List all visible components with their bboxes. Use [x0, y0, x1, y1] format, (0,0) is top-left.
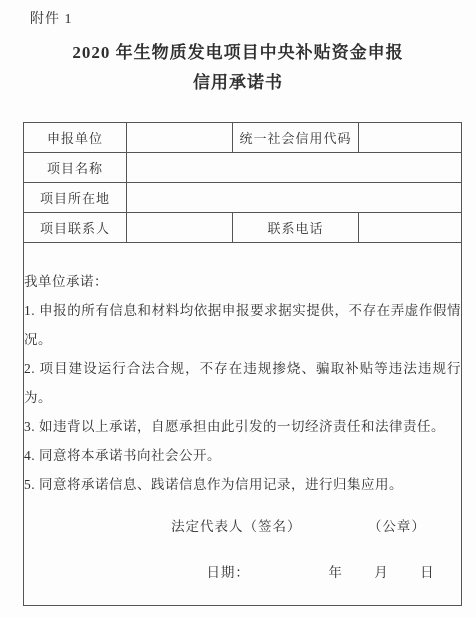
commitment-item-5: 5. 同意将承诺信息、践诺信息作为信用记录，进行归集应用。: [24, 470, 461, 499]
table-row-project-location: 项目所在地: [24, 183, 462, 213]
signature-row: 法定代表人（签名） （公章）: [24, 515, 461, 535]
project-contact-value-cell: [127, 213, 233, 243]
commitment-item-3: 3. 如违背以上承诺，自愿承担由此引发的一切经济责任和法律责任。: [24, 412, 461, 441]
commitment-intro: 我单位承诺：: [24, 267, 461, 296]
document-page: 附件 1 2020 年生物质发电项目中央补贴资金申报 信用承诺书 申报单位 统一…: [0, 0, 476, 617]
project-name-label: 项目名称: [24, 153, 127, 183]
table-row-contact: 项目联系人 联系电话: [24, 213, 462, 243]
credit-code-value-cell: [359, 123, 462, 153]
date-label: 日期：: [206, 565, 250, 580]
date-month-label: 月: [374, 565, 389, 580]
table-row-project-name: 项目名称: [24, 153, 462, 183]
project-location-value-cell: [127, 183, 462, 213]
official-seal-label: （公章）: [368, 519, 426, 534]
document-title-line2: 信用承诺书: [0, 68, 476, 93]
legal-representative-signature-label: 法定代表人（签名）: [171, 519, 302, 534]
commitment-item-1: 1. 申报的所有信息和材料均依据申报要求据实提供，不存在弄虚作假情况。: [24, 296, 461, 354]
table-row-applicant: 申报单位 统一社会信用代码: [24, 123, 462, 153]
applicant-unit-value-cell: [127, 123, 233, 153]
project-name-value-cell: [127, 153, 462, 183]
info-table: 申报单位 统一社会信用代码 项目名称 项目所在地 项目联系人 联系电话: [23, 122, 462, 606]
credit-code-label: 统一社会信用代码: [233, 123, 359, 153]
date-day-label: 日: [420, 565, 435, 580]
contact-phone-value-cell: [359, 213, 462, 243]
project-location-label: 项目所在地: [24, 183, 127, 213]
date-year-label: 年: [328, 565, 343, 580]
commitment-item-2: 2. 项目建设运行合法合规，不存在违规掺烧、骗取补贴等违法违规行为。: [24, 354, 461, 412]
table-row-commitment: 我单位承诺： 1. 申报的所有信息和材料均依据申报要求据实提供，不存在弄虚作假情…: [24, 243, 462, 606]
attachment-label: 附件 1: [30, 8, 73, 28]
document-title-line1: 2020 年生物质发电项目中央补贴资金申报: [0, 38, 476, 63]
commitment-cell: 我单位承诺： 1. 申报的所有信息和材料均依据申报要求据实提供，不存在弄虚作假情…: [24, 243, 462, 606]
date-row: 日期： 年 月 日: [24, 561, 461, 581]
project-contact-label: 项目联系人: [24, 213, 127, 243]
contact-phone-label: 联系电话: [233, 213, 359, 243]
applicant-unit-label: 申报单位: [24, 123, 127, 153]
commitment-item-4: 4. 同意将本承诺书向社会公开。: [24, 441, 461, 470]
